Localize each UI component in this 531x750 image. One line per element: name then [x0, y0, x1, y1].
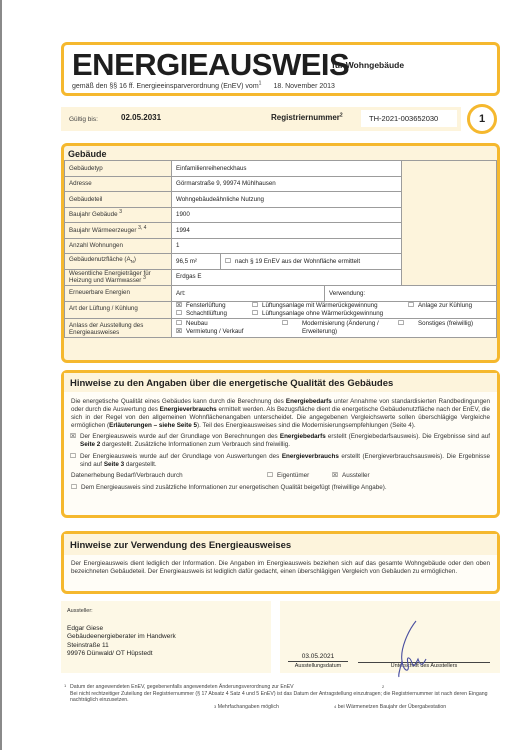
- option-other[interactable]: ☐Sonstiges (freiwillig): [408, 320, 492, 335]
- option-demand-certificate[interactable]: ☒ Der Energieausweis wurde auf der Grund…: [64, 433, 497, 449]
- row-value: Wohngebäudeähnliche Nutzung: [172, 192, 402, 208]
- option-ventilation-with-recovery[interactable]: ☐Lüftungsanlage mit Wärmerückgewinnung: [252, 302, 402, 310]
- area-option[interactable]: ☐nach § 19 EnEV aus der Wohnfläche ermit…: [221, 254, 402, 270]
- checkbox-checked-icon[interactable]: ☒: [70, 433, 80, 441]
- notes-section-title: Hinweise zu den Angaben über die energet…: [64, 373, 497, 392]
- footnote-2: Bei nicht rechtzeitiger Zuteilung der Re…: [64, 691, 494, 704]
- option-rental-sale[interactable]: ☒Vermietung / Verkauf: [176, 328, 286, 336]
- table-row: Anlass der Ausstellung des Energieauswei…: [65, 318, 497, 337]
- data-collection-label: Datenerhebung Bedarf/Verbrauch durch: [71, 472, 183, 479]
- checkbox-unchecked-icon[interactable]: ☐: [70, 453, 80, 461]
- row-label: Erneuerbare Energien: [65, 285, 172, 301]
- option-modernisation[interactable]: ☐Modernisierung (Änderung / Erweiterung): [292, 320, 402, 335]
- notes-intro: Die energetische Qualität eines Gebäudes…: [64, 398, 497, 430]
- issuer-option[interactable]: ☒Aussteller: [332, 472, 370, 480]
- option-new-building[interactable]: ☐Neubau: [176, 320, 286, 328]
- registration-label-text: Registriernummer: [271, 113, 340, 122]
- validity-bar: Gültig bis: 02.05.2031 Registriernummer2…: [61, 107, 461, 131]
- row-value: 1994: [172, 223, 402, 239]
- data-collection-row: Datenerhebung Bedarf/Verbrauch durch ☐Ei…: [64, 472, 497, 481]
- option-consumption-text: Der Energieausweis wurde auf der Grundla…: [80, 453, 490, 468]
- document-title: ENERGIEAUSWEIS: [72, 47, 349, 83]
- table-row: GebäudetypEinfamilienreiheneckhaus: [65, 161, 497, 177]
- row-value: Einfamilienreiheneckhaus: [172, 161, 402, 177]
- issuer-title: Gebäudeenergieberater im Handwerk: [67, 633, 176, 641]
- issuer-option-label: Aussteller: [342, 472, 370, 479]
- registration-number: TH-2021-003652030: [361, 110, 457, 127]
- issuer-address: Edgar Giese Gebäudeenergieberater im Han…: [67, 625, 176, 658]
- row-label: Baujahr Gebäude 3: [65, 207, 172, 223]
- option-window-ventilation[interactable]: ☒Fensterlüftung: [176, 302, 246, 310]
- page-number-badge: 1: [467, 104, 497, 134]
- row-value: 96,5 m²: [172, 254, 221, 270]
- footnote-number: 4: [334, 704, 336, 709]
- owner-option[interactable]: ☐Eigentümer: [267, 472, 309, 480]
- option-demand-text: Der Energieausweis wurde auf der Grundla…: [80, 433, 490, 448]
- issuer-label: Aussteller:: [67, 608, 93, 614]
- option-ventilation-without-recovery[interactable]: ☐Lüftungsanlage ohne Wärmerückgewinnung: [252, 310, 402, 318]
- notes-section: Hinweise zu den Angaben über die energet…: [61, 370, 500, 518]
- usage-text: Der Energieausweis dient lediglich der I…: [64, 560, 497, 576]
- law-reference: gemäß den §§ 16 ff. Energieeinsparverord…: [72, 83, 335, 90]
- building-section-title: Gebäude: [64, 146, 497, 160]
- row-value: 1: [172, 238, 402, 254]
- footnote-3: 3 Mehrfachangaben möglich: [214, 704, 279, 711]
- row-label: Wesentliche Energieträger für Heizung un…: [65, 269, 172, 285]
- row-value: Erdgas E: [172, 269, 402, 285]
- valid-until-label: Gültig bis:: [69, 116, 98, 123]
- footnote-3-4: 3 Mehrfachangaben möglich 4 bei Wärmenet…: [64, 704, 494, 711]
- usage-section: Hinweise zur Verwendung des Energieauswe…: [61, 531, 500, 594]
- footnote-text: Mehrfachangaben möglich: [218, 704, 279, 710]
- row-label: Baujahr Wärmeerzeuger 3, 4: [65, 223, 172, 239]
- occasion-col-1: ☐Neubau☒Vermietung / Verkauf: [176, 320, 286, 335]
- footnote-text: Datum der angewendeten EnEV, gegebenenfa…: [70, 684, 294, 690]
- row-label: Anzahl Wohnungen: [65, 238, 172, 254]
- row-label: Gebäudetyp: [65, 161, 172, 177]
- row-value: Görmarstraße 9, 99974 Mühlhausen: [172, 176, 402, 192]
- option-shaft-ventilation[interactable]: ☐Schachtlüftung: [176, 310, 246, 318]
- checkbox-unchecked-icon[interactable]: ☐: [267, 472, 277, 480]
- issue-date: 03.05.2021: [288, 653, 348, 662]
- issuer-city: 99976 Dünwald/ OT Hüpstedt: [67, 650, 176, 658]
- ventilation-options: ☒Fensterlüftung☐Lüftungsanlage mit Wärme…: [172, 301, 497, 318]
- row-label: Anlass der Ausstellung des Energieauswei…: [65, 318, 172, 337]
- option-cooling-system[interactable]: ☐Anlage zur Kühlung: [408, 302, 492, 318]
- owner-label: Eigentümer: [277, 472, 309, 479]
- footnote-2-inline: 2: [382, 684, 386, 691]
- footnote-text: Bei nicht rechtzeitiger Zuteilung der Re…: [70, 691, 488, 704]
- footnote-number: 2: [382, 684, 384, 689]
- issue-date-label: Ausstellungsdatum: [288, 663, 348, 669]
- usage-section-title: Hinweise zur Verwendung des Energieauswe…: [64, 534, 497, 555]
- law-text: gemäß den §§ 16 ff. Energieeinsparverord…: [72, 83, 259, 90]
- footnote-number: 3: [214, 704, 216, 709]
- row-value: 1900: [172, 207, 402, 223]
- option-consumption-certificate[interactable]: ☐ Der Energieausweis wurde auf der Grund…: [64, 453, 497, 469]
- issuer-street: Steinstraße 11: [67, 642, 176, 650]
- registration-label: Registriernummer2: [271, 113, 343, 122]
- footnotes: 1Datum der angewendeten EnEV, gegebenenf…: [64, 684, 494, 711]
- building-section: Gebäude GebäudetypEinfamilienreiheneckha…: [61, 143, 500, 363]
- valid-until-date: 02.05.2031: [121, 113, 161, 122]
- table-row: Erneuerbare EnergienArt: Verwendung:: [65, 285, 497, 301]
- footnote-1: 1Datum der angewendeten EnEV, gegebenenf…: [64, 684, 494, 691]
- signature-icon: [390, 619, 440, 679]
- footnote-ref: 2: [340, 112, 343, 118]
- photo-area: [402, 161, 497, 286]
- issuer-name: Edgar Giese: [67, 625, 176, 633]
- row-label: Gebäudenutzfläche (AN): [65, 254, 172, 270]
- table-row: Art der Lüftung / Kühlung☒Fensterlüftung…: [65, 301, 497, 318]
- row-value: Art: Verwendung:: [172, 285, 497, 301]
- law-date: 18. November 2013: [273, 83, 334, 90]
- checkbox-checked-icon[interactable]: ☒: [332, 472, 342, 480]
- footnote-text: bei Wärmenetzen Baujahr der Übergabestat…: [338, 704, 446, 710]
- building-table: GebäudetypEinfamilienreiheneckhausAdress…: [64, 160, 497, 338]
- row-label: Adresse: [65, 176, 172, 192]
- issuer-box: Aussteller: Edgar Giese Gebäudeenergiebe…: [61, 601, 271, 673]
- footnote-4: 4 bei Wärmenetzen Baujahr der Übergabest…: [334, 704, 446, 711]
- document-title-box: ENERGIEAUSWEIS für Wohngebäude gemäß den…: [61, 42, 500, 96]
- occasion-options: ☐Neubau☒Vermietung / Verkauf☐Modernisier…: [172, 318, 497, 337]
- additional-info-label: Dem Energieausweis sind zusätzliche Info…: [81, 484, 387, 491]
- footnote-ref: 1: [259, 81, 262, 87]
- additional-info-option[interactable]: ☐Dem Energieausweis sind zusätzliche Inf…: [64, 484, 497, 492]
- footnote-number: 1: [64, 683, 66, 690]
- row-label: Art der Lüftung / Kühlung: [65, 301, 172, 318]
- checkbox-unchecked-icon[interactable]: ☐: [71, 484, 81, 492]
- signature-box: 03.05.2021 Ausstellungsdatum Unterschrif…: [280, 601, 500, 673]
- row-label: Gebäudeteil: [65, 192, 172, 208]
- document-subtitle: für Wohngebäude: [332, 60, 404, 70]
